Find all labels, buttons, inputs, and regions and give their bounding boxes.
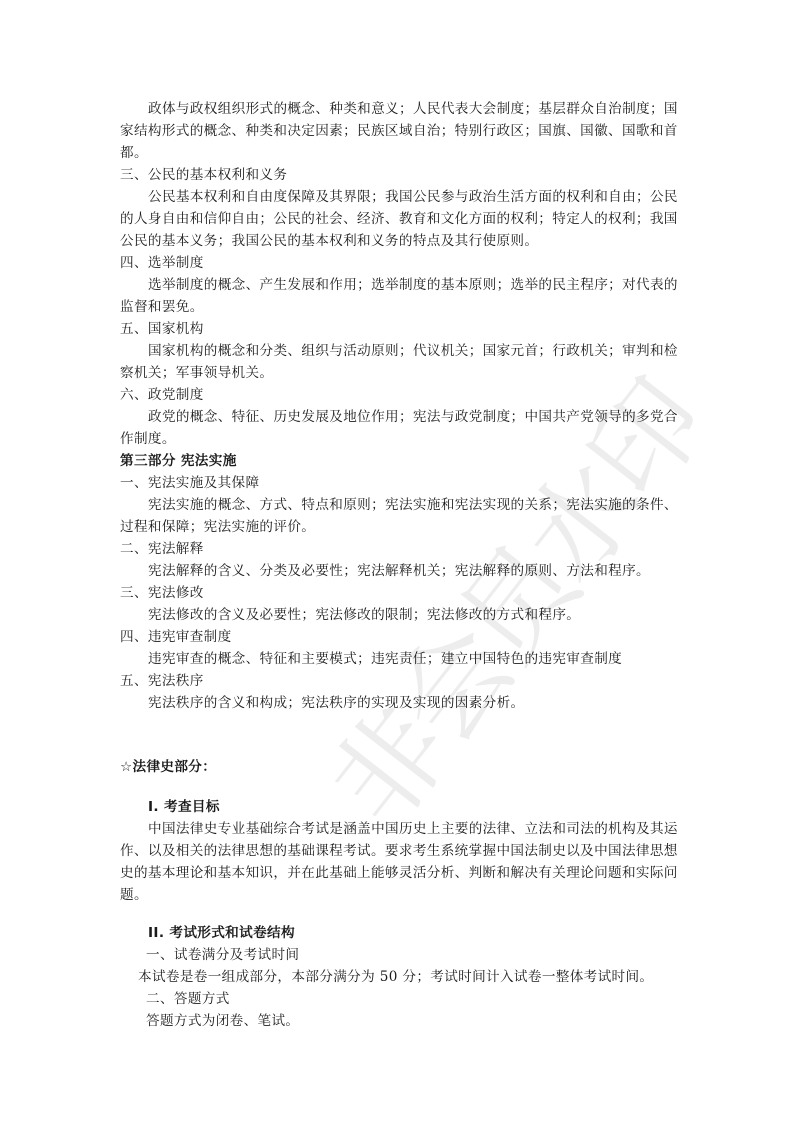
text-line: 作制度。	[120, 428, 176, 450]
text-line: 过程和保障；宪法实施的评价。	[120, 516, 315, 538]
document-page: 非会员水印 政体与政权组织形式的概念、种类和意义；人民代表大会制度；基层群众自治…	[0, 0, 793, 1122]
text-line: 二、答题方式	[146, 988, 230, 1010]
text-line: 一、宪法实施及其保障	[120, 472, 259, 494]
text-line: 国家机构的概念和分类、组织与活动原则；代议机关；国家元首；行政机关；审判和检	[148, 340, 678, 362]
text-line: 中国法律史专业基础综合考试是涵盖中国历史上主要的法律、立法和司法的机构及其运	[148, 818, 678, 840]
text-line: 一、试卷满分及考试时间	[146, 944, 299, 966]
text-line: 史的基本理论和基本知识，并在此基础上能够灵活分析、判断和解决有关理论问题和实际问	[120, 862, 678, 884]
section-heading: 第三部分 宪法实施	[120, 450, 237, 472]
text-line: 二、宪法解释	[120, 538, 204, 560]
text-line: 五、国家机构	[120, 318, 204, 340]
text-line: 察机关；军事领导机关。	[120, 362, 273, 384]
text-line: 宪法修改的含义及必要性；宪法修改的限制；宪法修改的方式和程序。	[148, 604, 580, 626]
text-line: 五、宪法秩序	[120, 670, 204, 692]
text-line: 宪法实施的概念、方式、特点和原则；宪法实施和宪法实现的关系；宪法实施的条件、	[148, 494, 678, 516]
text-line: 答题方式为闭卷、笔试。	[146, 1010, 299, 1032]
text-line: 监督和罢免。	[120, 296, 204, 318]
text-line: 都。	[120, 142, 148, 164]
text-line: 公民基本权利和自由度保障及其界限；我国公民参与政治生活方面的权利和自由；公民	[148, 186, 678, 208]
text-line: 违宪审查的概念、特征和主要模式；违宪责任；建立中国特色的违宪审查制度	[148, 648, 622, 670]
text-line: 家结构形式的概念、种类和决定因素；民族区域自治；特别行政区；国旗、国徽、国歌和首	[120, 120, 678, 142]
text-line: 的人身自由和信仰自由；公民的社会、经济、教育和文化方面的权利；特定人的权利；我国	[120, 208, 678, 230]
text-line: 公民的基本义务；我国公民的基本权利和义务的特点及其行使原则。	[120, 230, 538, 252]
text-line: 六、政党制度	[120, 384, 204, 406]
section-heading: ☆法律史部分：	[120, 756, 216, 778]
text-line: 作、以及相关的法律思想的基础课程考试。要求考生系统掌握中国法制史以及中国法律思想	[120, 840, 678, 862]
section-heading: I. 考查目标	[148, 796, 220, 818]
text-line: 四、选举制度	[120, 252, 204, 274]
text-line: 四、违宪审查制度	[120, 626, 232, 648]
text-line: 选举制度的概念、产生发展和作用；选举制度的基本原则；选举的民主程序；对代表的	[148, 274, 678, 296]
section-heading: II. 考试形式和试卷结构	[148, 922, 295, 944]
text-line: 政体与政权组织形式的概念、种类和意义；人民代表大会制度；基层群众自治制度；国	[148, 98, 678, 120]
text-line: 本试卷是卷一组成部分，本部分满分为 50 分；考试时间计入试卷一整体考试时间。	[138, 966, 653, 988]
text-line: 题。	[120, 884, 148, 906]
text-line: 宪法秩序的含义和构成；宪法秩序的实现及实现的因素分析。	[148, 692, 524, 714]
text-line: 宪法解释的含义、分类及必要性；宪法解释机关；宪法解释的原则、方法和程序。	[148, 560, 650, 582]
text-line: 三、公民的基本权利和义务	[120, 164, 287, 186]
text-line: 政党的概念、特征、历史发展及地位作用；宪法与政党制度；中国共产党领导的多党合	[148, 406, 678, 428]
text-line: 三、宪法修改	[120, 582, 204, 604]
